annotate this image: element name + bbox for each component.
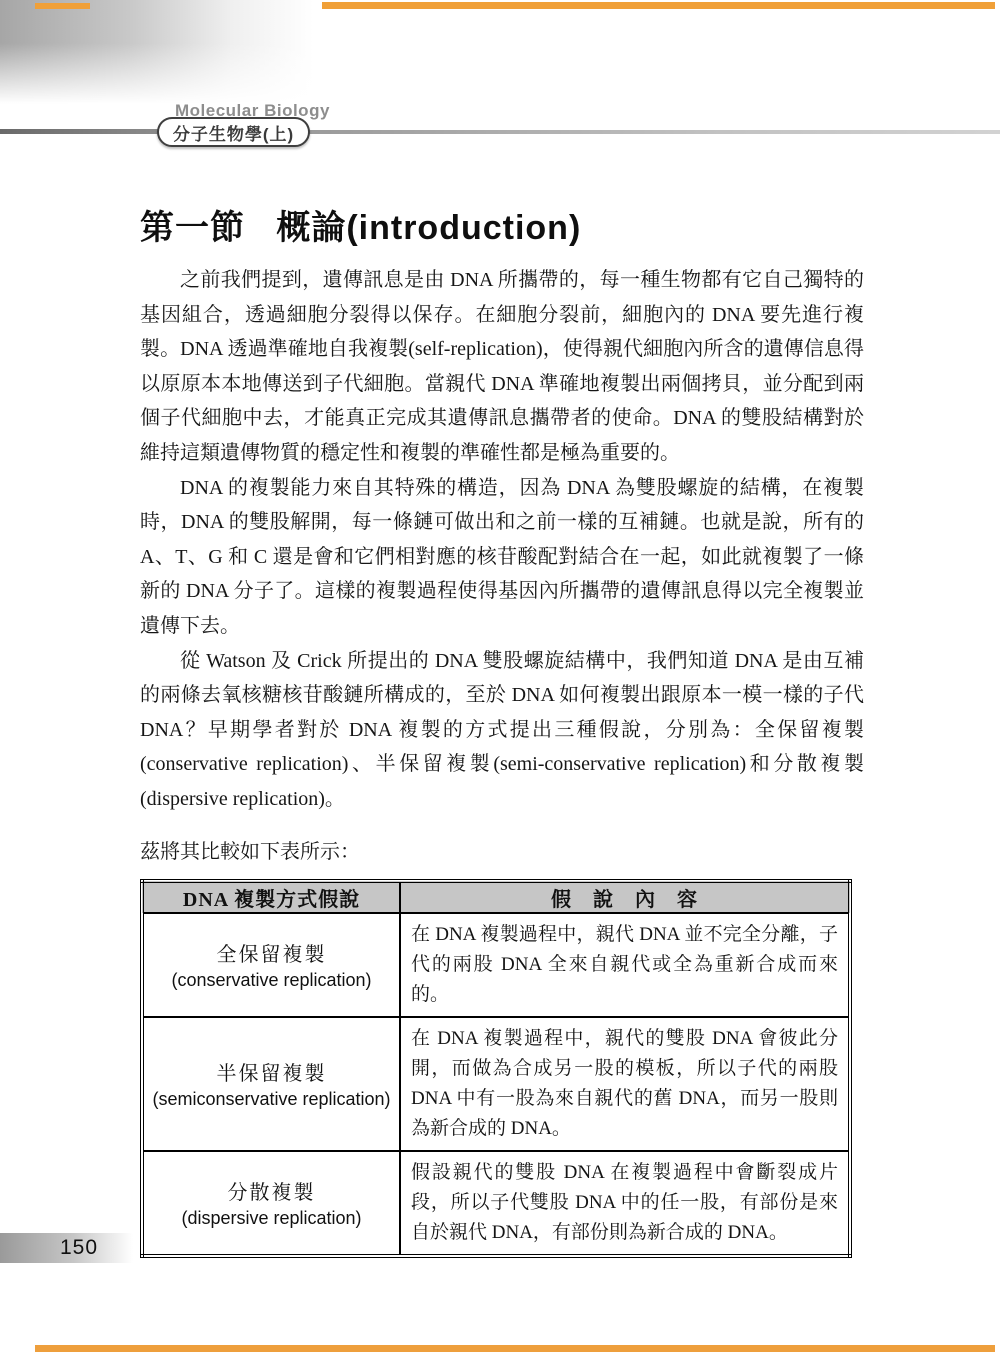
body-text: 之前我們提到，遺傳訊息是由 DNA 所攜帶的，每一種生物都有它自己獨特的基因組合… [140,263,864,817]
page-number-bar: 150 [0,1233,133,1263]
page-number: 150 [0,1236,98,1260]
hypothesis-name-cell: 半保留複製 (semiconservative replication) [142,1017,400,1151]
body-paragraph-1: 之前我們提到，遺傳訊息是由 DNA 所攜帶的，每一種生物都有它自己獨特的基因組合… [140,263,864,471]
hypothesis-content: 在 DNA 複製過程中，親代 DNA 並不完全分離，子代的兩股 DNA 全來自親… [400,913,850,1017]
table-row-dispersive: 分散複製 (dispersive replication) 假設親代的雙股 DN… [142,1151,850,1256]
hypothesis-content: 假設親代的雙股 DNA 在複製過程中會斷裂成片段，所以子代雙股 DNA 中的任一… [400,1151,850,1256]
hypothesis-name-zh: 半保留複製 [148,1057,395,1086]
hypothesis-name-zh: 全保留複製 [148,938,395,967]
main-content: 第一節 概論(introduction) 之前我們提到，遺傳訊息是由 DNA 所… [140,200,864,1258]
body-paragraph-3: 從 Watson 及 Crick 所提出的 DNA 雙股螺旋結構中，我們知道 D… [140,644,864,817]
hypothesis-name-en: (dispersive replication) [148,1208,395,1229]
table-header-hypothesis: DNA 複製方式假說 [142,881,400,913]
table-intro: 茲將其比較如下表所示： [140,835,864,864]
hypothesis-content: 在 DNA 複製過程中，親代的雙股 DNA 會彼此分開，而做為合成另一股的模板，… [400,1017,850,1151]
header-rule-left [0,129,162,134]
hypothesis-name-zh: 分散複製 [148,1176,395,1205]
book-title: 分子生物學(上) [173,120,294,145]
hypothesis-name-en: (semiconservative replication) [148,1089,395,1110]
corner-gradient-decoration [0,0,330,108]
top-accent-bar-long [322,2,995,9]
section-title: 第一節 概論(introduction) [140,200,864,249]
body-paragraph-2: DNA 的複製能力來自其特殊的構造，因為 DNA 為雙股螺旋的結構，在複製時，D… [140,471,864,644]
hypothesis-name-cell: 分散複製 (dispersive replication) [142,1151,400,1256]
hypothesis-name-en: (conservative replication) [148,970,395,991]
table-header-row: DNA 複製方式假說 假 說 內 容 [142,881,850,913]
table-header-content: 假 說 內 容 [400,881,850,913]
bottom-accent-bar [35,1345,995,1352]
book-title-oval: 分子生物學(上) [157,117,310,147]
comparison-table: DNA 複製方式假說 假 說 內 容 全保留複製 (conservative r… [140,879,852,1258]
header-rule-right [304,130,1000,134]
table-row-semiconservative: 半保留複製 (semiconservative replication) 在 D… [142,1017,850,1151]
hypothesis-name-cell: 全保留複製 (conservative replication) [142,913,400,1017]
top-accent-bar-short [35,3,90,9]
table-row-conservative: 全保留複製 (conservative replication) 在 DNA 複… [142,913,850,1017]
textbook-page: Molecular Biology 分子生物學(上) 第一節 概論(introd… [0,0,1000,1353]
